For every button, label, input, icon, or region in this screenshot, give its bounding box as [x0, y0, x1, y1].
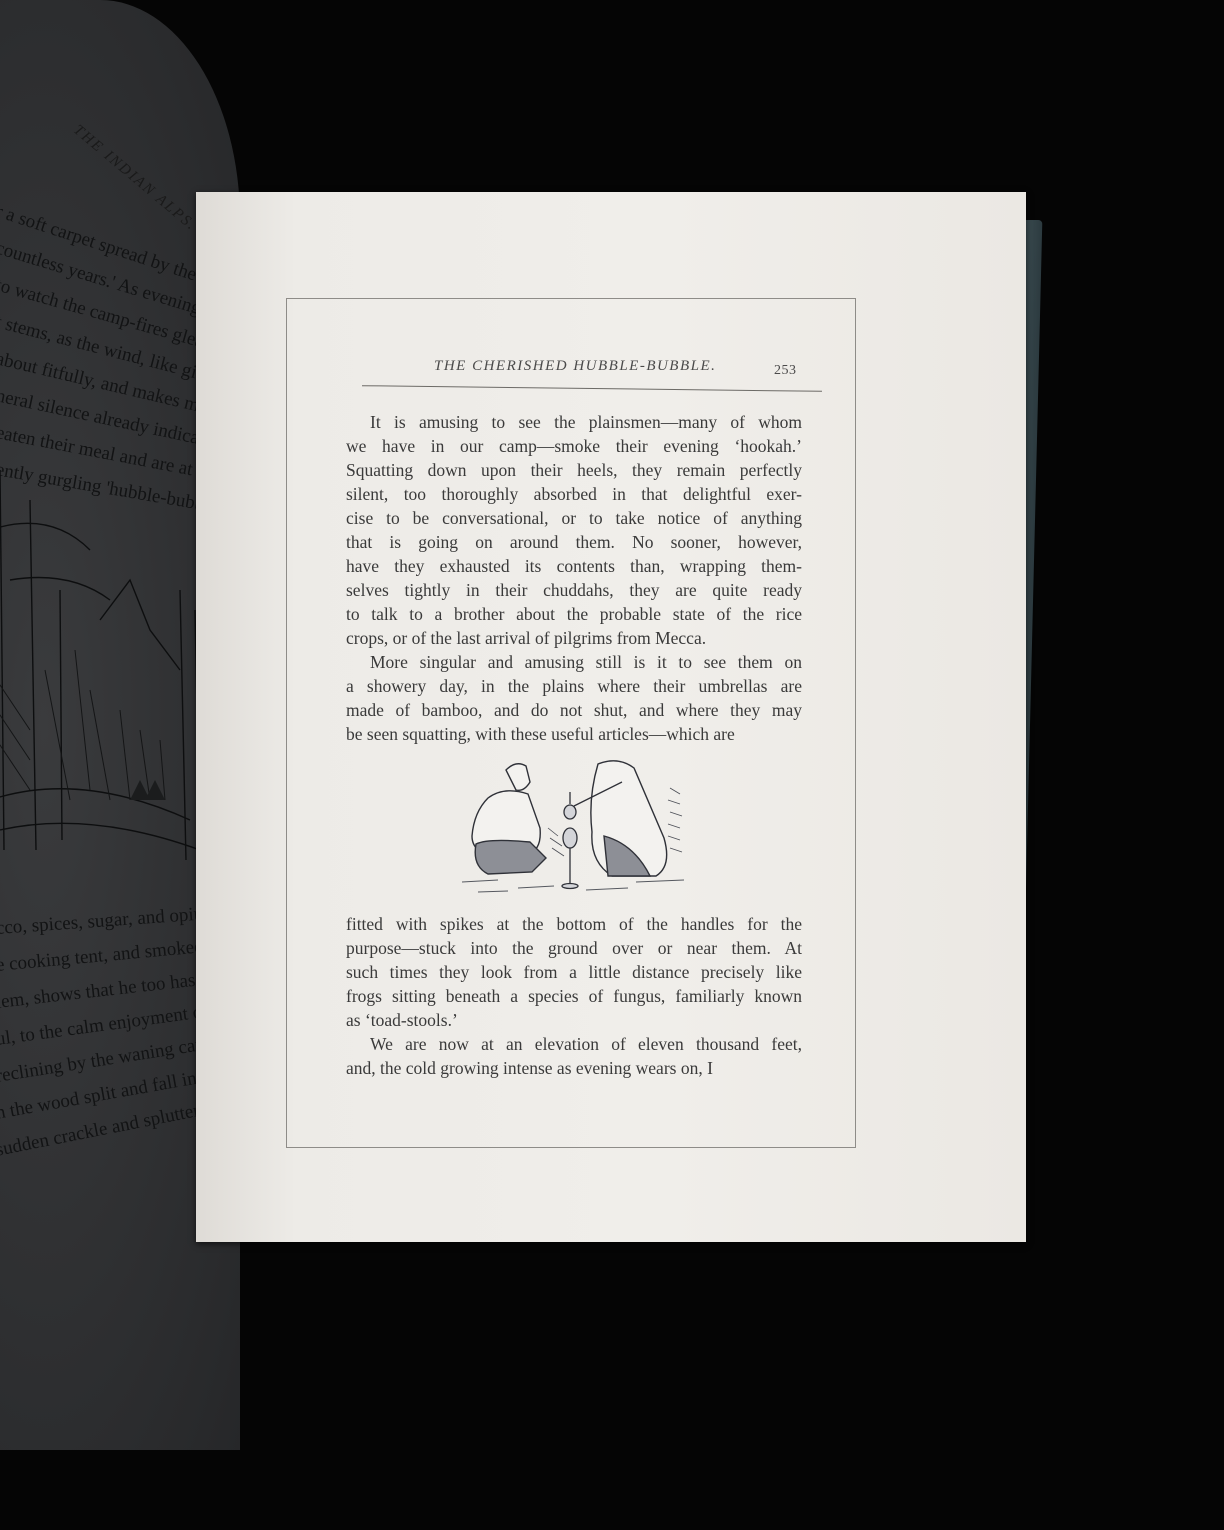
left-running-head: THE INDIAN ALPS.	[70, 122, 200, 235]
text-line: as ‘toad-stools.’	[346, 1008, 802, 1032]
paragraph: It is amusing to see the plainsmen—many …	[346, 410, 802, 650]
paragraph: fitted with spikes at the bottom of the …	[346, 912, 802, 1032]
paragraph: More singular and amusing still is it to…	[346, 650, 802, 746]
text-line: silent, too thoroughly absorbed in that …	[346, 482, 802, 506]
text-line: frogs sitting beneath a species of fungu…	[346, 984, 802, 1008]
forest-engraving-illustration	[0, 470, 220, 870]
text-line: that is going on around them. No sooner,…	[346, 530, 802, 554]
text-line: made of bamboo, and do not shut, and whe…	[346, 698, 802, 722]
page-number: 253	[774, 363, 797, 379]
text-line: such times they look from a little dista…	[346, 960, 802, 984]
lower-body-text: fitted with spikes at the bottom of the …	[346, 912, 802, 1080]
text-line: We are now at an elevation of eleven tho…	[346, 1032, 802, 1056]
right-page: THE CHERISHED HUBBLE-BUBBLE. 253 It is a…	[196, 192, 1026, 1242]
running-head-title: THE CHERISHED HUBBLE-BUBBLE.	[434, 358, 716, 375]
text-line: be seen squatting, with these useful art…	[346, 722, 802, 746]
hookah-smokers-illustration	[458, 758, 690, 898]
text-line: we have in our camp—smoke their evening …	[346, 434, 802, 458]
text-line: Squatting down upon their heels, they re…	[346, 458, 802, 482]
text-line: have they exhausted its contents than, w…	[346, 554, 802, 578]
text-line: More singular and amusing still is it to…	[346, 650, 802, 674]
text-line: a showery day, in the plains where their…	[346, 674, 802, 698]
text-line: cise to be conversational, or to take no…	[346, 506, 802, 530]
text-line: crops, or of the last arrival of pilgrim…	[346, 626, 802, 650]
upper-body-text: It is amusing to see the plainsmen—many …	[346, 410, 802, 746]
text-line: It is amusing to see the plainsmen—many …	[346, 410, 802, 434]
text-line: selves tightly in their chuddahs, they a…	[346, 578, 802, 602]
text-line: and, the cold growing intense as evening…	[346, 1056, 802, 1080]
text-line: fitted with spikes at the bottom of the …	[346, 912, 802, 936]
text-line: purpose—stuck into the ground over or ne…	[346, 936, 802, 960]
paragraph: We are now at an elevation of eleven tho…	[346, 1032, 802, 1080]
text-line: to talk to a brother about the probable …	[346, 602, 802, 626]
